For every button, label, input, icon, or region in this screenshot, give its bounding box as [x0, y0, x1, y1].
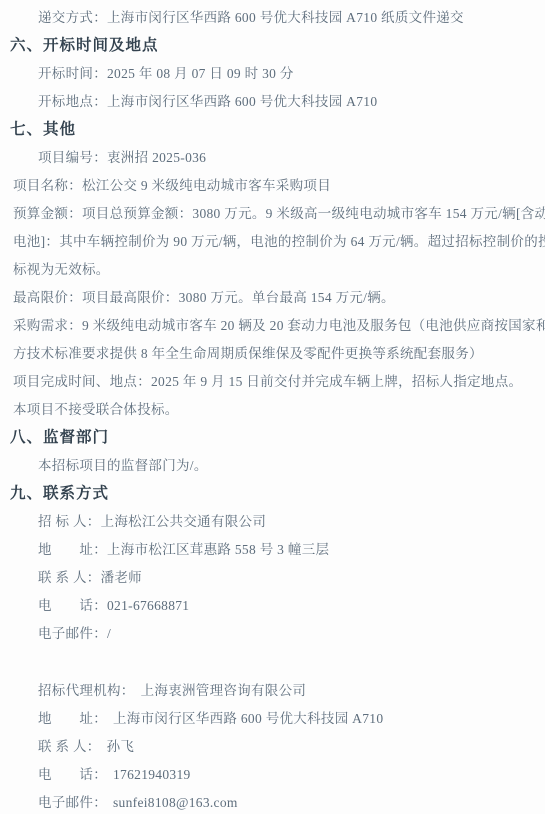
- budget-line-1: 预算金额：项目总预算金额：3080 万元。9 米级高一级纯电动城市客车 154 …: [13, 200, 531, 228]
- tenderer-email-value: /: [107, 620, 111, 648]
- agency-phone-label: 电 话：: [38, 761, 107, 789]
- agency-address-label: 地 址：: [38, 705, 107, 733]
- agency-email-label: 电子邮件：: [38, 789, 107, 814]
- agency-phone-value: 17621940319: [113, 761, 191, 789]
- agency-contact-label: 联 系 人：: [38, 733, 101, 761]
- tenderer-contact-label: 联 系 人：: [38, 564, 101, 592]
- section-6-heading: 六、开标时间及地点: [10, 32, 531, 60]
- tenderer-phone-label: 电 话：: [38, 592, 107, 620]
- bid-opening-place-line: 开标地点：上海市闵行区华西路 600 号优大科技园 A710: [38, 88, 531, 116]
- agency-phone-row: 电 话：17621940319: [38, 761, 531, 789]
- tenderer-address-row: 地 址：上海市松江区茸惠路 558 号 3 幢三层: [38, 536, 531, 564]
- completion-line: 项目完成时间、地点：2025 年 9 月 15 日前交付并完成车辆上牌，招标人指…: [13, 368, 531, 396]
- project-name-line: 项目名称：松江公交 9 米级纯电动城市客车采购项目: [13, 172, 531, 200]
- tenderer-contact-row: 联 系 人：潘老师: [38, 564, 531, 592]
- blank-spacer: [13, 648, 531, 677]
- agency-name-label: 招标代理机构：: [38, 677, 135, 705]
- procurement-demand-line-2: 方技术标准要求提供 8 年全生命周期质保维保及零配件更换等系统配套服务）: [13, 340, 531, 368]
- tenderer-name-value: 上海松江公共交通有限公司: [101, 508, 267, 536]
- procurement-demand-line-1: 采购需求：9 米级纯电动城市客车 20 辆及 20 套动力电池及服务包（电池供应…: [13, 312, 531, 340]
- agency-email-row: 电子邮件：sunfei8108@163.com: [38, 789, 531, 814]
- tenderer-contact-value: 潘老师: [101, 564, 142, 592]
- budget-line-2: 电池]：其中车辆控制价为 90 万元/辆，电池的控制价为 64 万元/辆。超过招…: [13, 228, 531, 256]
- agency-address-row: 地 址：上海市闵行区华西路 600 号优大科技园 A710: [38, 705, 531, 733]
- document-page: 递交方式：上海市闵行区华西路 600 号优大科技园 A710 纸质文件递交 六、…: [0, 0, 545, 814]
- tenderer-phone-value: 021-67668871: [107, 592, 189, 620]
- project-number-line: 项目编号：衷洲招 2025-036: [38, 144, 531, 172]
- delivery-method-line: 递交方式：上海市闵行区华西路 600 号优大科技园 A710 纸质文件递交: [38, 4, 531, 32]
- agency-contact-value: 孙飞: [107, 733, 135, 761]
- tenderer-address-label: 地 址：: [38, 536, 107, 564]
- agency-email-value: sunfei8108@163.com: [113, 789, 238, 814]
- section-8-heading: 八、监督部门: [10, 424, 531, 452]
- budget-line-3: 标视为无效标。: [13, 256, 531, 284]
- agency-address-value: 上海市闵行区华西路 600 号优大科技园 A710: [113, 705, 383, 733]
- tenderer-name-label: 招 标 人：: [38, 508, 101, 536]
- no-consortium-line: 本项目不接受联合体投标。: [13, 396, 531, 424]
- section-9-heading: 九、联系方式: [10, 480, 531, 508]
- max-price-line: 最高限价：项目最高限价：3080 万元。单台最高 154 万元/辆。: [13, 284, 531, 312]
- agency-name-row: 招标代理机构：上海衷洲管理咨询有限公司: [38, 677, 531, 705]
- bid-opening-time-line: 开标时间：2025 年 08 月 07 日 09 时 30 分: [38, 60, 531, 88]
- tenderer-email-label: 电子邮件：: [38, 620, 107, 648]
- tenderer-email-row: 电子邮件：/: [38, 620, 531, 648]
- agency-name-value: 上海衷洲管理咨询有限公司: [141, 677, 307, 705]
- section-7-heading: 七、其他: [10, 116, 531, 144]
- supervision-department-line: 本招标项目的监督部门为/。: [38, 452, 531, 480]
- tenderer-address-value: 上海市松江区茸惠路 558 号 3 幢三层: [107, 536, 329, 564]
- tenderer-name-row: 招 标 人：上海松江公共交通有限公司: [38, 508, 531, 536]
- tenderer-phone-row: 电 话：021-67668871: [38, 592, 531, 620]
- agency-contact-row: 联 系 人：孙飞: [38, 733, 531, 761]
